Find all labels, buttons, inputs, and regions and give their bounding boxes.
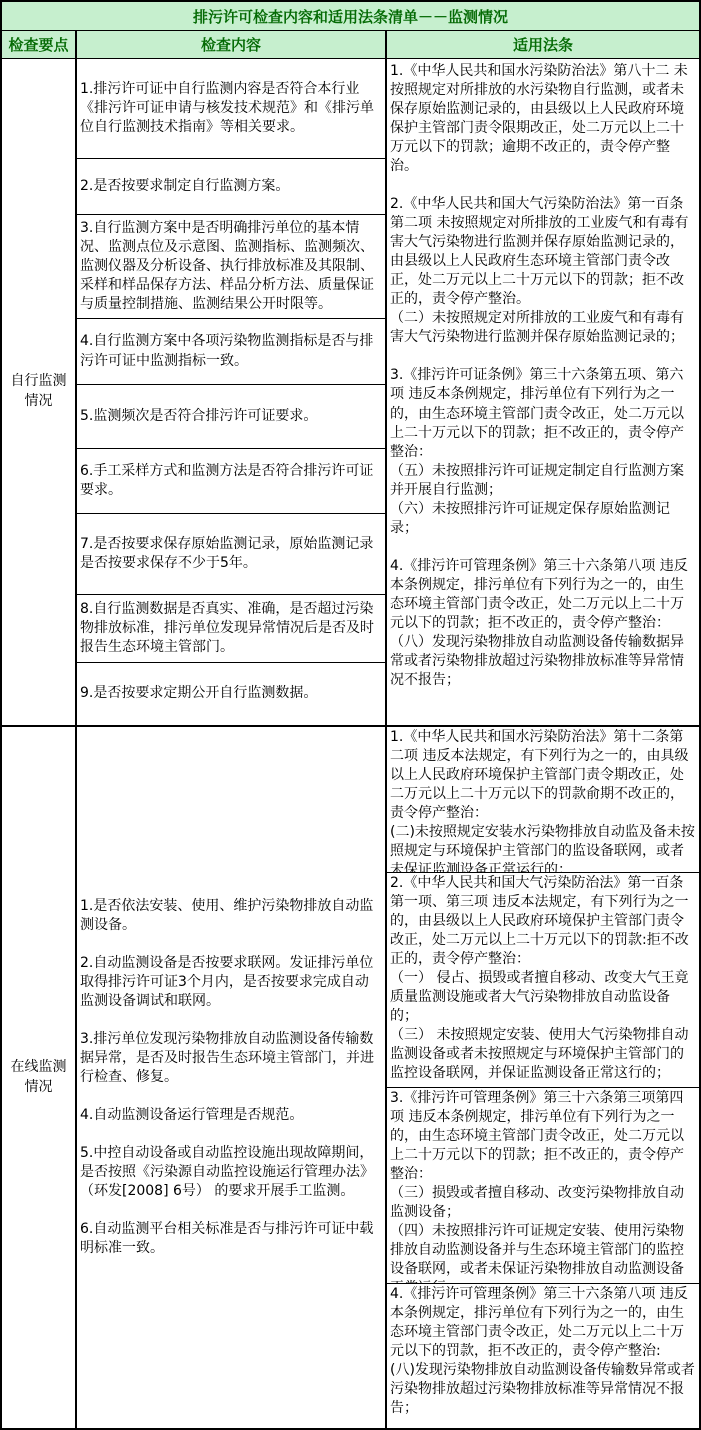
column-header-content: 检查内容 [77, 31, 387, 58]
check-item-cell: 2.是否按要求制定自行监测方案。 [77, 159, 385, 215]
check-content-column: 1.排污许可证中自行监测内容是否符合本行业《排污许可证申请与核发技术规范》和《排… [77, 59, 387, 725]
column-header-legal: 适用法条 [387, 31, 699, 58]
check-item-cell: 7.是否按要求保存原始监测记录，原始监测记录是否按要求保存不少于5年。 [77, 514, 385, 595]
check-item-cell: 6.手工采样方式和监测方法是否符合排污许可证要求。 [77, 449, 385, 514]
check-item-cell: 8.自行监测数据是否真实、准确，是否超过污染物排放标准，排污单位发现异常情况后是… [77, 595, 385, 663]
section-online-monitoring: 在线监测 情况 1.是否依法安装、使用、维护污染物排放自动监测设备。 2.自动监… [2, 727, 699, 1428]
check-item-cell: 9.是否按要求定期公开自行监测数据。 [77, 663, 385, 725]
legal-paragraph: 1.《中华人民共和国水污染防治法》第八十二 未按照规定对所排放的水污染物自行监测… [390, 62, 696, 176]
legal-article-cell: 1.《中华人民共和国水污染防治法》第十二条第二项 违反本法规定，有下列行为之一的… [387, 727, 699, 873]
check-item: 5.中控自动设备或自动监控设施出现故障期间，是否按照《污染源自动监控设施运行管理… [80, 1144, 382, 1201]
check-item-cell: 5.监测频次是否符合排污许可证要求。 [77, 385, 385, 449]
check-item: 6.自动监测平台相关标准是否与排污许可证中载明标准一致。 [80, 1220, 382, 1258]
column-header-row: 检查要点 检查内容 适用法条 [2, 31, 699, 59]
check-item-cell: 4.自行监测方案中各项污染物监测指标是否与排污许可证中监测指标一致。 [77, 319, 385, 385]
legal-articles-cell: 1.《中华人民共和国水污染防治法》第八十二 未按照规定对所排放的水污染物自行监测… [387, 59, 699, 725]
keypoint-cell: 在线监测 情况 [2, 727, 77, 1428]
section-self-monitoring: 自行监测 情况 1.排污许可证中自行监测内容是否符合本行业《排污许可证申请与核发… [2, 59, 699, 727]
legal-article-cell: 2.《中华人民共和国大气污染防治法》第一百条第一项、第三项 违反本法规定，有下列… [387, 873, 699, 1088]
check-item: 3.排污单位发现污染物排放自动监测设备传输数据异常，是否及时报告生态环境主管部门… [80, 1030, 382, 1087]
check-content-cell: 1.是否依法安装、使用、维护污染物排放自动监测设备。 2.自动监测设备是否按要求… [77, 727, 387, 1428]
check-item: 2.自动监测设备是否按要求联网。发证排污单位取得排污许可证3个月内，是否按要求完… [80, 954, 382, 1011]
check-item: 1.是否依法安装、使用、维护污染物排放自动监测设备。 [80, 897, 382, 935]
legal-paragraph: 3.《排污许可证条例》第三十六条第五项、第六项 违反本条例规定，排污单位有下列行… [390, 366, 696, 537]
check-item-cell: 3.自行监测方案中是否明确排污单位的基本情况、监测点位及示意图、监测指标、监测频… [77, 215, 385, 319]
inspection-checklist-table: 排污许可检查内容和适用法条清单－－监测情况 检查要点 检查内容 适用法条 自行监… [0, 0, 701, 1430]
legal-articles-column: 1.《中华人民共和国水污染防治法》第十二条第二项 违反本法规定，有下列行为之一的… [387, 727, 699, 1428]
table-title: 排污许可检查内容和适用法条清单－－监测情况 [2, 2, 699, 31]
check-item: 4.自动监测设备运行管理是否规范。 [80, 1106, 382, 1125]
legal-paragraph: 4.《排污许可管理条例》第三十六条第八项 违反本条例规定，排污单位有下列行为之一… [390, 557, 696, 690]
legal-article-cell: 3.《排污许可管理条例》第三十六条第三项第四项 违反本条例规定，排污单位有下列行… [387, 1088, 699, 1284]
column-header-keypoint: 检查要点 [2, 31, 77, 58]
legal-article-cell: 4.《排污许可管理条例》第三十六条第八项 违反本条例规定，排污单位有下列行为之一… [387, 1284, 699, 1428]
check-item-cell: 1.排污许可证中自行监测内容是否符合本行业《排污许可证申请与核发技术规范》和《排… [77, 59, 385, 159]
keypoint-cell: 自行监测 情况 [2, 59, 77, 725]
legal-paragraph: 2.《中华人民共和国大气污染防治法》第一百条第二项 未按照规定对所排放的工业废气… [390, 195, 696, 347]
